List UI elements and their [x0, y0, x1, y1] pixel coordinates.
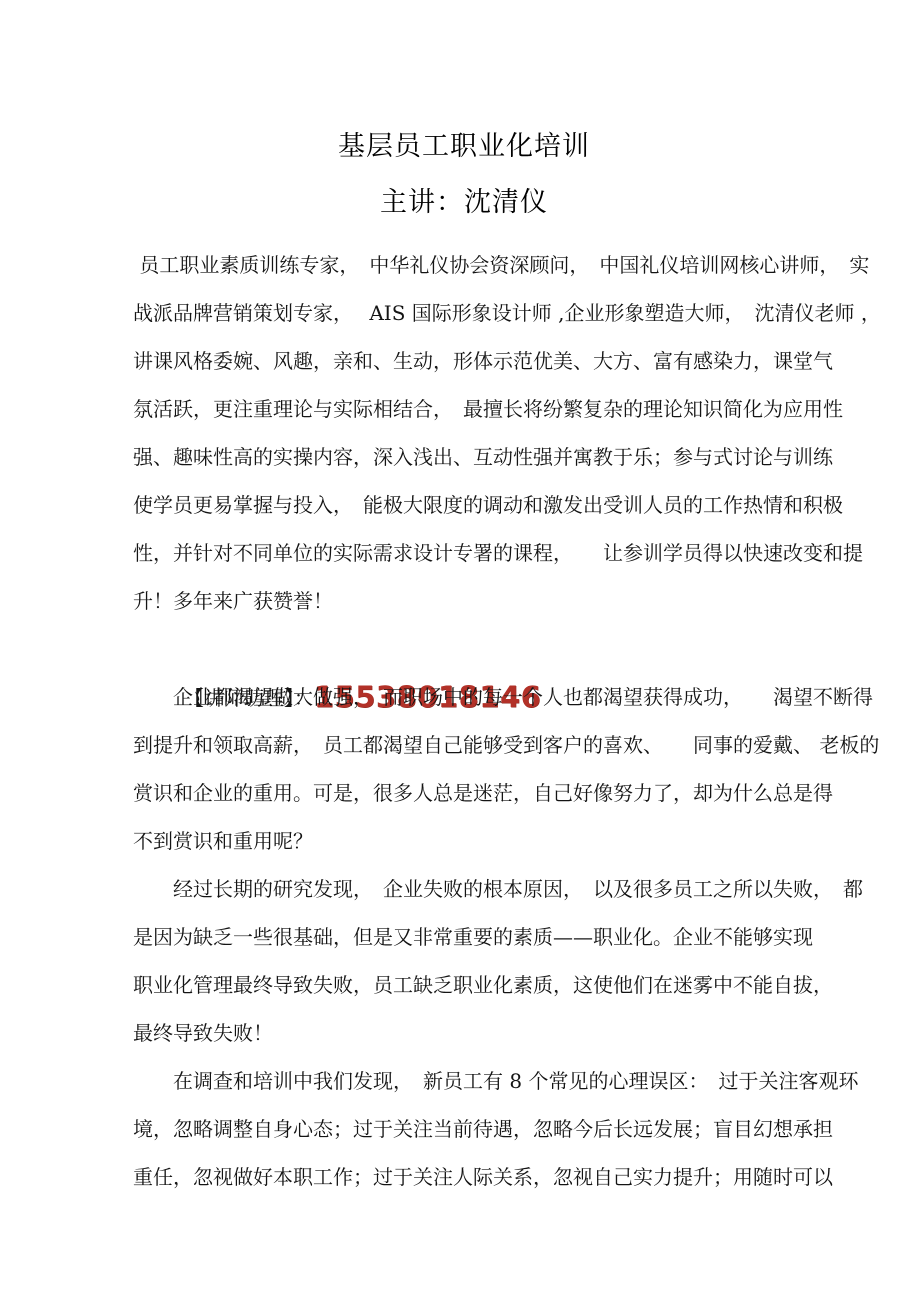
assistant-line: 【讲师助理】：15538018146 [133, 625, 795, 673]
paragraph-3-line-1: 经过长期的研究发现， 企业失败的根本原因， 以及很多员工之所以失败， 都 [133, 865, 795, 913]
intro-line-7: 性，并针对不同单位的实际需求设计专署的课程， 让参训学员得以快速改变和提 [133, 529, 795, 577]
paragraph-4: 在调查和培训中我们发现， 新员工有 8 个常见的心理误区： 过于关注客观环 境，… [133, 1057, 795, 1201]
document-content: 基层员工职业化培训 主讲：沈清仪 员工职业素质训练专家， 中华礼仪协会资深顾问，… [133, 0, 795, 1201]
paragraph-4-line-2: 境，忽略调整自身心态；过于关注当前待遇，忽略今后长远发展；盲目幻想承担 [133, 1105, 795, 1153]
page-subtitle: 主讲：沈清仪 [133, 163, 795, 219]
intro-line-2: 战派品牌营销策划专家， AIS 国际形象设计师 ,企业形象塑造大师， 沈清仪老师… [133, 289, 795, 337]
document-body: 员工职业素质训练专家， 中华礼仪协会资深顾问， 中国礼仪培训网核心讲师， 实 战… [133, 241, 795, 1201]
intro-line-1: 员工职业素质训练专家， 中华礼仪协会资深顾问， 中国礼仪培训网核心讲师， 实 [133, 241, 795, 289]
page-title: 基层员工职业化培训 [133, 0, 795, 163]
intro-line-3: 讲课风格委婉、风趣，亲和、生动，形体示范优美、大方、富有感染力，课堂气 [133, 337, 795, 385]
intro-line-6: 使学员更易掌握与投入， 能极大限度的调动和激发出受训人员的工作热情和积极 [133, 481, 795, 529]
paragraph-4-line-1: 在调查和培训中我们发现， 新员工有 8 个常见的心理误区： 过于关注客观环 [133, 1057, 795, 1105]
paragraph-3-line-4: 最终导致失败！ [133, 1009, 795, 1057]
intro-line-4: 氛活跃，更注重理论与实际相结合， 最擅长将纷繁复杂的理论知识简化为应用性 [133, 385, 795, 433]
intro-paragraph: 员工职业素质训练专家， 中华礼仪协会资深顾问， 中国礼仪培训网核心讲师， 实 战… [133, 241, 795, 625]
paragraph-3-line-2: 是因为缺乏一些很基础，但是又非常重要的素质——职业化。企业不能够实现 [133, 913, 795, 961]
paragraph-2-line-1: 企业都渴望做大做强， 而职场中的每一个人也都渴望获得成功， 渴望不断得 [133, 673, 795, 721]
paragraph-2: 企业都渴望做大做强， 而职场中的每一个人也都渴望获得成功， 渴望不断得 到提升和… [133, 673, 795, 865]
document-page: 基层员工职业化培训 主讲：沈清仪 员工职业素质训练专家， 中华礼仪协会资深顾问，… [0, 0, 920, 1303]
intro-line-8: 升！多年来广获赞誉！ [133, 577, 795, 625]
paragraph-2-line-2: 到提升和领取高薪， 员工都渴望自己能够受到客户的喜欢、 同事的爱戴、 老板的 [133, 721, 795, 769]
paragraph-3-line-3: 职业化管理最终导致失败，员工缺乏职业化素质，这使他们在迷雾中不能自拔， [133, 961, 795, 1009]
paragraph-3: 经过长期的研究发现， 企业失败的根本原因， 以及很多员工之所以失败， 都 是因为… [133, 865, 795, 1057]
paragraph-2-line-4: 不到赏识和重用呢？ [133, 817, 795, 865]
intro-line-5: 强、趣味性高的实操内容，深入浅出、互动性强并寓教于乐；参与式讨论与训练 [133, 433, 795, 481]
paragraph-2-line-3: 赏识和企业的重用。可是，很多人总是迷茫，自己好像努力了，却为什么总是得 [133, 769, 795, 817]
paragraph-4-line-3: 重任，忽视做好本职工作；过于关注人际关系，忽视自己实力提升；用随时可以 [133, 1153, 795, 1201]
